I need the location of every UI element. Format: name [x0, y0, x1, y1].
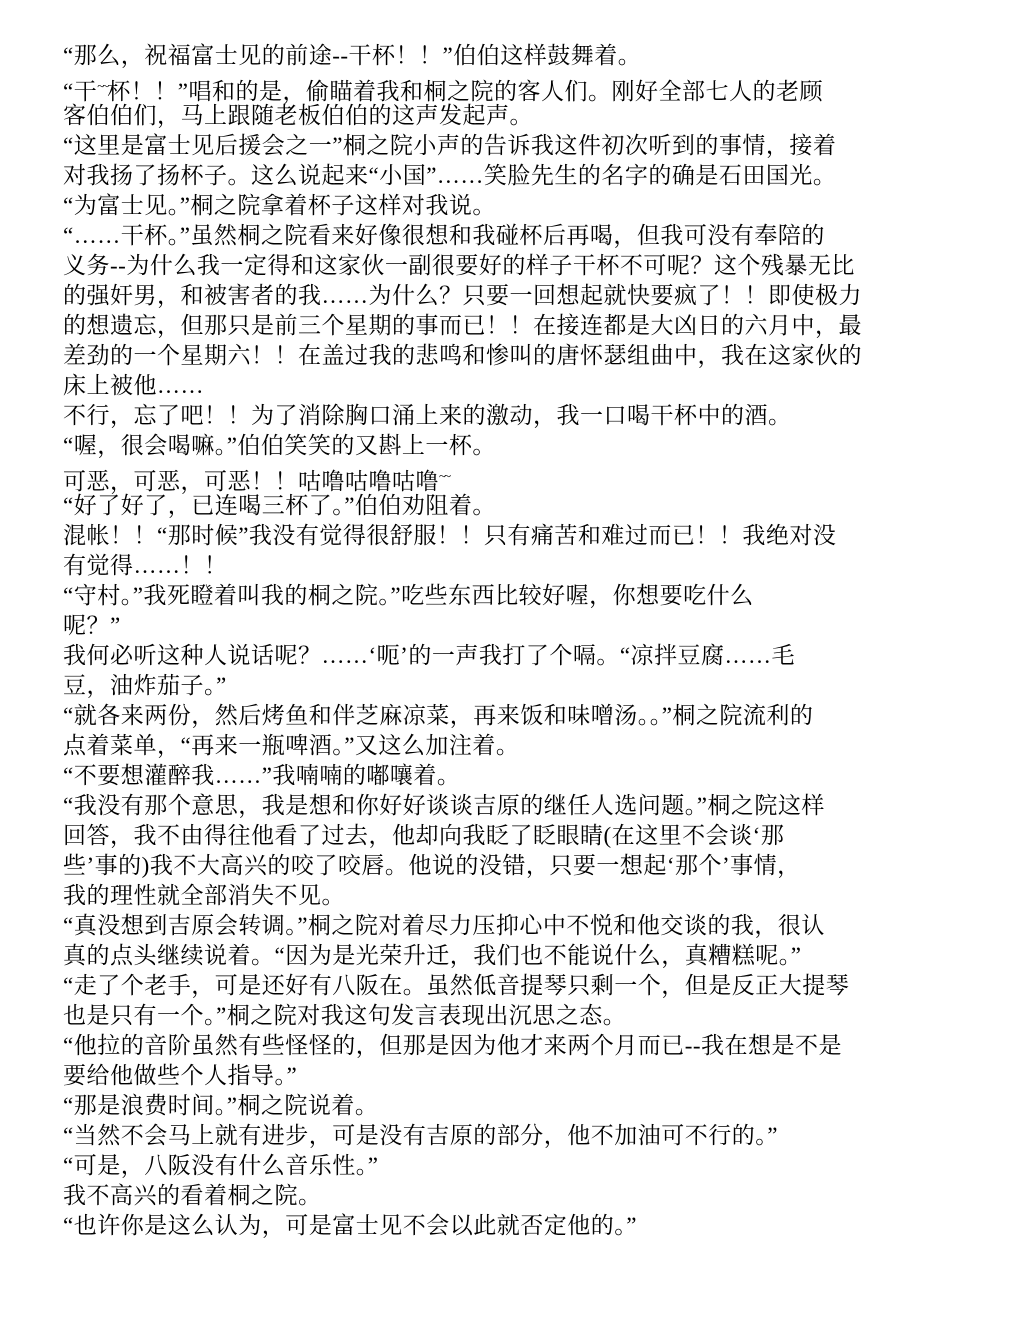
text-line: 混帐！！“那时候”我没有觉得很舒服！！只有痛苦和难过而已！！我绝对没 — [63, 521, 981, 551]
text-line: “那是浪费时间。”桐之院说着。 — [63, 1091, 981, 1121]
text-line: “那么，祝福富士见的前途--干杯！！”伯伯这样鼓舞着。 — [63, 41, 981, 71]
text-line: 差劲的一个星期六！！在盖过我的悲鸣和惨叫的唐怀瑟组曲中，我在这家伙的 — [63, 341, 981, 371]
text-line: “当然不会马上就有进步，可是没有吉原的部分，他不加油可不行的。” — [63, 1121, 981, 1151]
text-line: “好了好了，已连喝三杯了。”伯伯劝阻着。 — [63, 491, 981, 521]
text-line: “喔，很会喝嘛。”伯伯笑笑的又斟上一杯。 — [63, 431, 981, 461]
text-line: “……干杯。”虽然桐之院看来好像很想和我碰杯后再喝，但我可没有奉陪的 — [63, 221, 981, 251]
text-line: 点着菜单，“再来一瓶啤酒。”又这么加注着。 — [63, 731, 981, 761]
text-line: “他拉的音阶虽然有些怪怪的，但那是因为他才来两个月而已--我在想是不是 — [63, 1031, 981, 1061]
text-line: “不要想灌醉我……”我喃喃的嘟嚷着。 — [63, 761, 981, 791]
text-line: “干~~杯！！”唱和的是，偷瞄着我和桐之院的客人们。刚好全部七人的老顾 — [63, 71, 981, 101]
text-line: 豆，油炸茄子。” — [63, 671, 981, 701]
tilde-mark: ~~ — [97, 78, 107, 93]
text-line: “走了个老手，可是还好有八阪在。虽然低音提琴只剩一个，但是反正大提琴 — [63, 971, 981, 1001]
text-line: 真的点头继续说着。“因为是光荣升迁，我们也不能说什么，真糟糕呢。” — [63, 941, 981, 971]
text-line: 呢？” — [63, 611, 981, 641]
text-line: 的强奸男，和被害者的我……为什么？只要一回想起就快要疯了！！即使极力 — [63, 281, 981, 311]
text-line: 可恶，可恶，可恶！！咕噜咕噜咕噜~~ — [63, 461, 981, 491]
text-line: “守村。”我死瞪着叫我的桐之院。”吃些东西比较好喔，你想要吃什么 — [63, 581, 981, 611]
text-line: “也许你是这么认为，可是富士见不会以此就否定他的。” — [63, 1211, 981, 1241]
text-line: “为富士见。”桐之院拿着杯子这样对我说。 — [63, 191, 981, 221]
text-line: “可是，八阪没有什么音乐性。” — [63, 1151, 981, 1181]
text-line: 客伯伯们，马上跟随老板伯伯的这声发起声。 — [63, 101, 981, 131]
text-line: “就各来两份，然后烤鱼和伴芝麻凉菜，再来饭和味噌汤。。”桐之院流利的 — [63, 701, 981, 731]
text-line: 回答，我不由得往他看了过去，他却向我眨了眨眼睛(在这里不会谈‘那 — [63, 821, 981, 851]
text-line: 义务--为什么我一定得和这家伙一副很要好的样子干杯不可呢？这个残暴无比 — [63, 251, 981, 281]
text-block: “那么，祝福富士见的前途--干杯！！”伯伯这样鼓舞着。“干~~杯！！”唱和的是，… — [63, 41, 981, 1241]
text-line: 也是只有一个。”桐之院对我这句发言表现出沉思之态。 — [63, 1001, 981, 1031]
text-line: 我的理性就全部消失不见。 — [63, 881, 981, 911]
text-line: “我没有那个意思，我是想和你好好谈谈吉原的继任人选问题。”桐之院这样 — [63, 791, 981, 821]
document-page: “那么，祝福富士见的前途--干杯！！”伯伯这样鼓舞着。“干~~杯！！”唱和的是，… — [0, 0, 1021, 1321]
text-line: 的想遗忘，但那只是前三个星期的事而已！！在接连都是大凶日的六月中，最 — [63, 311, 981, 341]
text-line: “真没想到吉原会转调。”桐之院对着尽力压抑心中不悦和他交谈的我，很认 — [63, 911, 981, 941]
text-line: 我何必听这种人说话呢？……‘呃’的一声我打了个嗝。“凉拌豆腐……毛 — [63, 641, 981, 671]
text-line: “这里是富士见后援会之一”桐之院小声的告诉我这件初次听到的事情，接着 — [63, 131, 981, 161]
text-line: 些’事的)我不大高兴的咬了咬唇。他说的没错，只要一想起‘那个’事情， — [63, 851, 981, 881]
text-line: 对我扬了扬杯子。这么说起来“小国”……笑脸先生的名字的确是石田国光。 — [63, 161, 981, 191]
text-line: 要给他做些个人指导。” — [63, 1061, 981, 1091]
text-line: 有觉得……！！ — [63, 551, 981, 581]
tilde-mark: ~~ — [439, 468, 449, 483]
text-line: 不行，忘了吧！！为了消除胸口涌上来的激动，我一口喝干杯中的酒。 — [63, 401, 981, 431]
text-line: 床上被他…… — [63, 371, 981, 401]
text-line: 我不高兴的看着桐之院。 — [63, 1181, 981, 1211]
